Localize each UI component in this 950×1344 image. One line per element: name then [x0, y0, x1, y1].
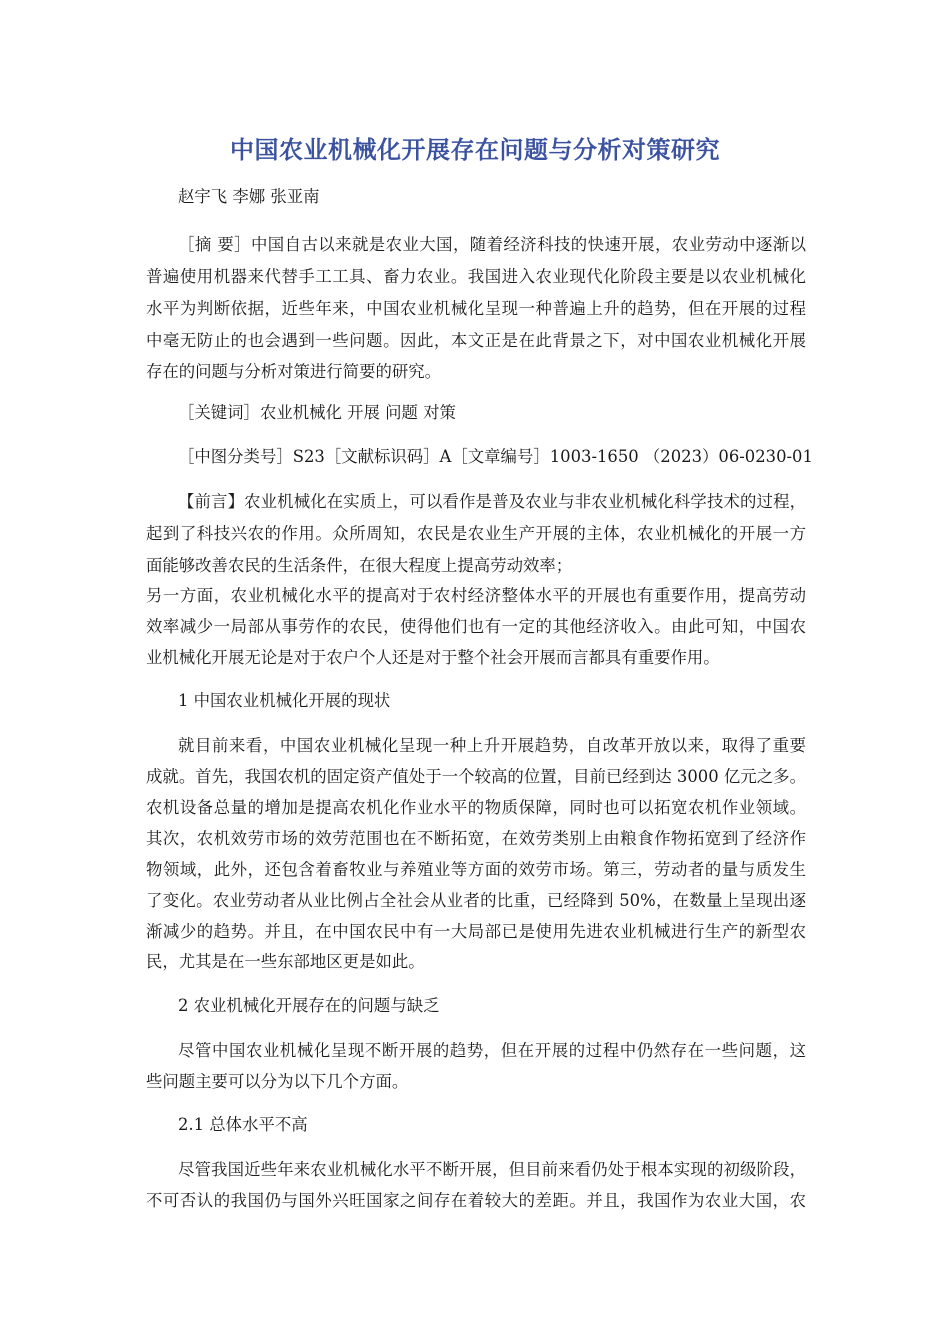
- abstract-line: 普遍使用机器来代替手工工具、畜力农业。我国进入农业现代化阶段主要是以农业机械化: [146, 266, 806, 288]
- abstract-line: 水平为判断依据，近些年来，中国农业机械化呈现一种普遍上升的趋势，但在开展的过程: [146, 298, 806, 320]
- author-list: 赵宇飞 李娜 张亚南: [178, 186, 838, 208]
- section-heading: 1 中国农业机械化开展的现状: [178, 690, 838, 712]
- preface-line: 起到了科技兴农的作用。众所周知，农民是农业生产开展的主体，农业机械化的开展一方: [146, 523, 806, 545]
- body-line: 渐减少的趋势。并且，在中国农民中有一大局部已是使用先进农业机械进行生产的新型农: [146, 921, 806, 943]
- abstract-line: 中毫无防止的也会遇到一些问题。因此，本文正是在此背景之下，对中国农业机械化开展: [146, 330, 806, 352]
- classification-info: ［中图分类号］S23［文献标识码］A［文章编号］1003-1650 （2023）…: [178, 446, 838, 468]
- body-line: 了变化。农业劳动者从业比例占全社会从业者的比重，已经降到 50%，在数量上呈现出…: [146, 890, 806, 912]
- preface-line: 【前言】农业机械化在实质上，可以看作是普及农业与非农业机械化科学技术的过程，: [178, 491, 806, 513]
- abstract-line: ［摘 要］中国自古以来就是农业大国，随着经济科技的快速开展，农业劳动中逐渐以: [178, 234, 806, 256]
- paper-title: 中国农业机械化开展存在问题与分析对策研究: [0, 133, 950, 167]
- body-line: 成就。首先，我国农机的固定资产值处于一个较高的位置，目前已经到达 3000 亿元…: [146, 766, 806, 788]
- preface-line: 面能够改善农民的生活条件，在很大程度上提高劳动效率；: [146, 555, 806, 577]
- body-line: 尽管中国农业机械化呈现不断开展的趋势，但在开展的过程中仍然存在一些问题，这: [178, 1040, 806, 1062]
- body-line: 物领域，此外，还包含着畜牧业与养殖业等方面的效劳市场。第三，劳动者的量与质发生: [146, 859, 806, 881]
- preface-line: 效率减少一局部从事劳作的农民，使得他们也有一定的其他经济收入。由此可知，中国农: [146, 616, 806, 638]
- subsection-heading: 2.1 总体水平不高: [178, 1114, 838, 1136]
- body-line: 些问题主要可以分为以下几个方面。: [146, 1071, 806, 1093]
- keywords: ［关键词］农业机械化 开展 问题 对策: [178, 402, 838, 424]
- body-line: 不可否认的我国仍与国外兴旺国家之间存在着较大的差距。并且，我国作为农业大国，农: [146, 1190, 806, 1212]
- preface-line: 业机械化开展无论是对于农户个人还是对于整个社会开展而言都具有重要作用。: [146, 647, 806, 669]
- body-line: 民，尤其是在一些东部地区更是如此。: [146, 951, 806, 973]
- body-line: 农机设备总量的增加是提高农机化作业水平的物质保障，同时也可以拓宽农机作业领域。: [146, 797, 806, 819]
- abstract-line: 存在的问题与分析对策进行简要的研究。: [146, 361, 806, 383]
- preface-line: 另一方面，农业机械化水平的提高对于农村经济整体水平的开展也有重要作用，提高劳动: [146, 585, 806, 607]
- body-line: 尽管我国近些年来农业机械化水平不断开展，但目前来看仍处于根本实现的初级阶段，: [178, 1159, 806, 1181]
- section-heading: 2 农业机械化开展存在的问题与缺乏: [178, 995, 838, 1017]
- body-line: 就目前来看，中国农业机械化呈现一种上升开展趋势，自改革开放以来，取得了重要: [178, 735, 806, 757]
- body-line: 其次，农机效劳市场的效劳范围也在不断拓宽，在效劳类别上由粮食作物拓宽到了经济作: [146, 828, 806, 850]
- document-page: 中国农业机械化开展存在问题与分析对策研究 赵宇飞 李娜 张亚南 ［摘 要］中国自…: [0, 0, 950, 1344]
